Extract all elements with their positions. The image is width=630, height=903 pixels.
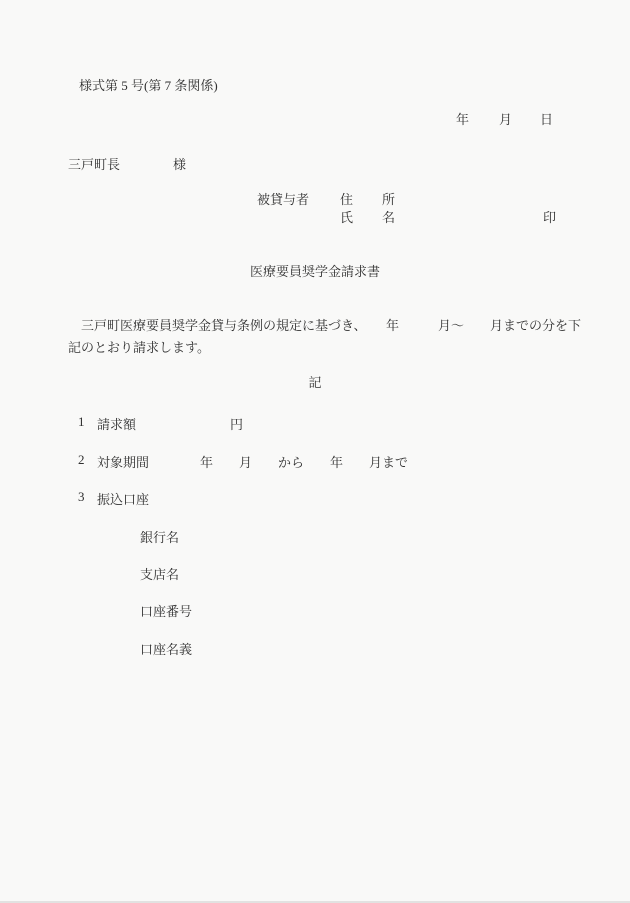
applicant-name-label: 名 [382,210,395,227]
document-page: { "page": { "background": "#f9f9f8", "te… [0,0,630,903]
form-number: 様式第 5 号(第 7 条関係) [79,78,218,95]
applicant-address-label: 住 [340,192,353,209]
document-title: 医療要員奨学金請求書 [0,264,630,281]
item-detail: 年 月 から 年 月まで [200,452,408,471]
account-field-bank-name: 銀行名 [140,527,179,546]
note-marker: 記 [0,375,630,392]
item-number: 3 [78,489,85,505]
account-field-branch-name: 支店名 [140,564,179,583]
item-label: 振込口座 [97,489,149,508]
item-number: 2 [78,452,85,468]
item-number: 1 [78,414,85,430]
applicant-role-label: 被貸与者 [257,192,309,209]
date-year-label: 年 [456,112,469,129]
addressee-honorific: 様 [173,157,186,174]
seal-placeholder: 印 [543,210,556,227]
date-day-label: 日 [540,112,553,129]
item-detail: 円 [230,414,243,433]
applicant-address-label: 所 [382,192,395,209]
account-field-account-holder: 口座名義 [140,639,192,658]
body-paragraph-line-1: 三戸町医療要員奨学金貸与条例の規定に基づき、 年 月～ 月までの分を下 [68,318,581,335]
applicant-name-label: 氏 [340,210,353,227]
body-paragraph-line-2: 記のとおり請求します。 [68,340,210,357]
item-label: 対象期間 [97,452,149,471]
date-month-label: 月 [499,112,512,129]
item-label: 請求額 [97,414,136,433]
account-field-account-number: 口座番号 [140,601,192,620]
addressee-name: 三戸町長 [68,157,120,174]
